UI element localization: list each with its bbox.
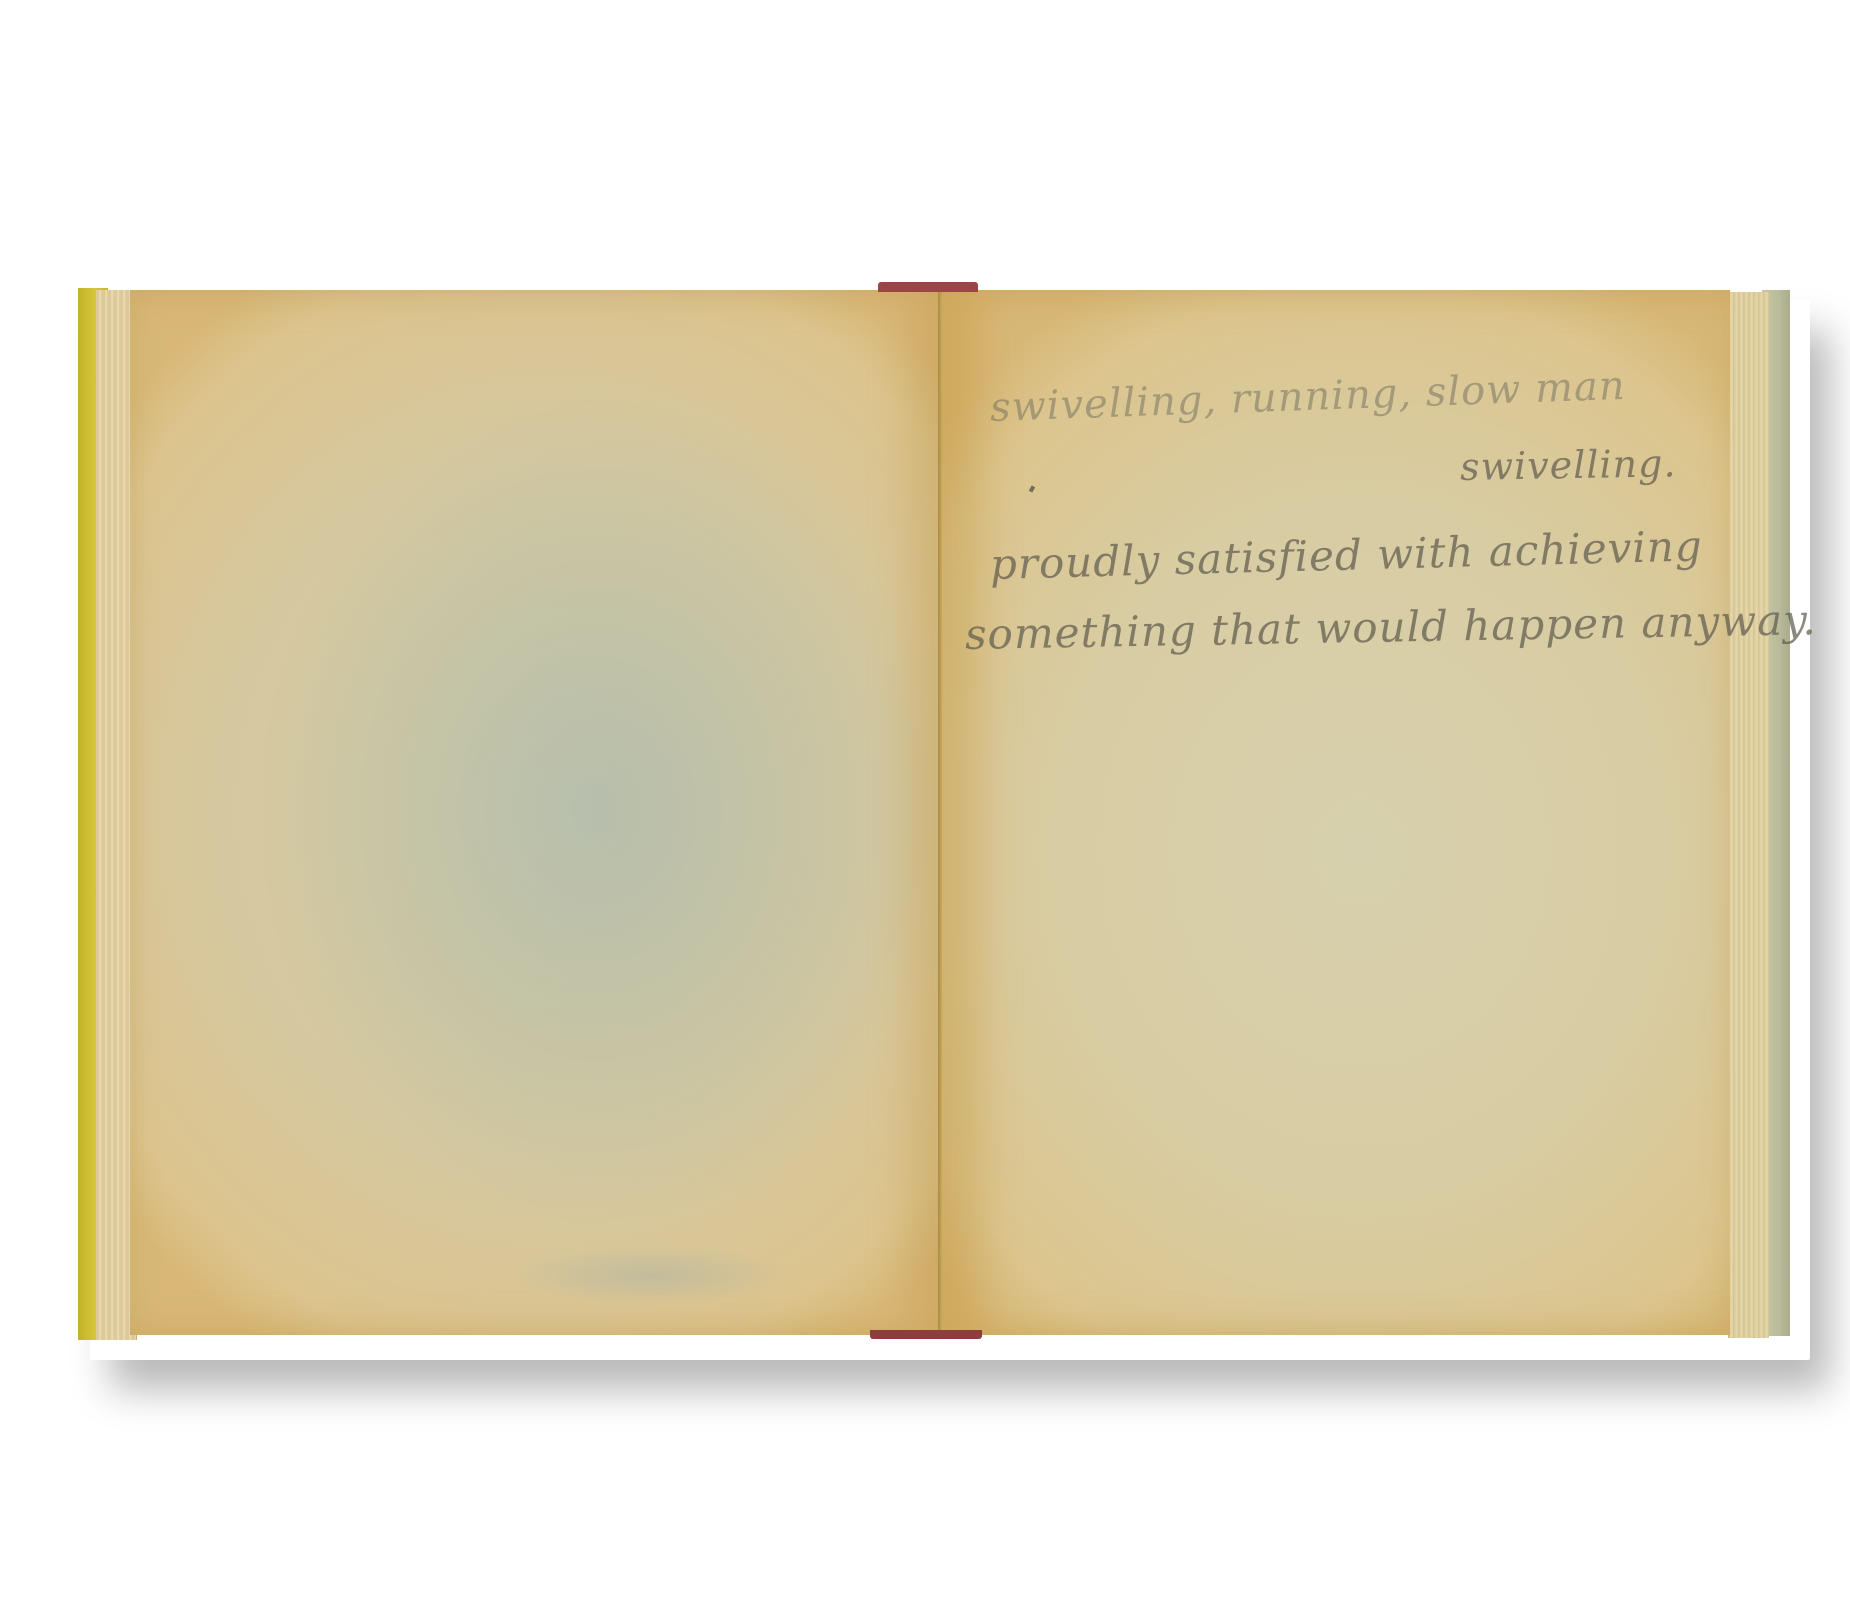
book-gutter [938,290,942,1335]
handwriting-line-2: swivelling. [1460,441,1677,489]
photo-stage: swivelling, running, slow man swivelling… [0,0,1850,1600]
bottom-headband [870,1330,982,1339]
left-page [130,290,940,1335]
top-headband [878,282,978,292]
right-page-stack [1728,292,1769,1338]
